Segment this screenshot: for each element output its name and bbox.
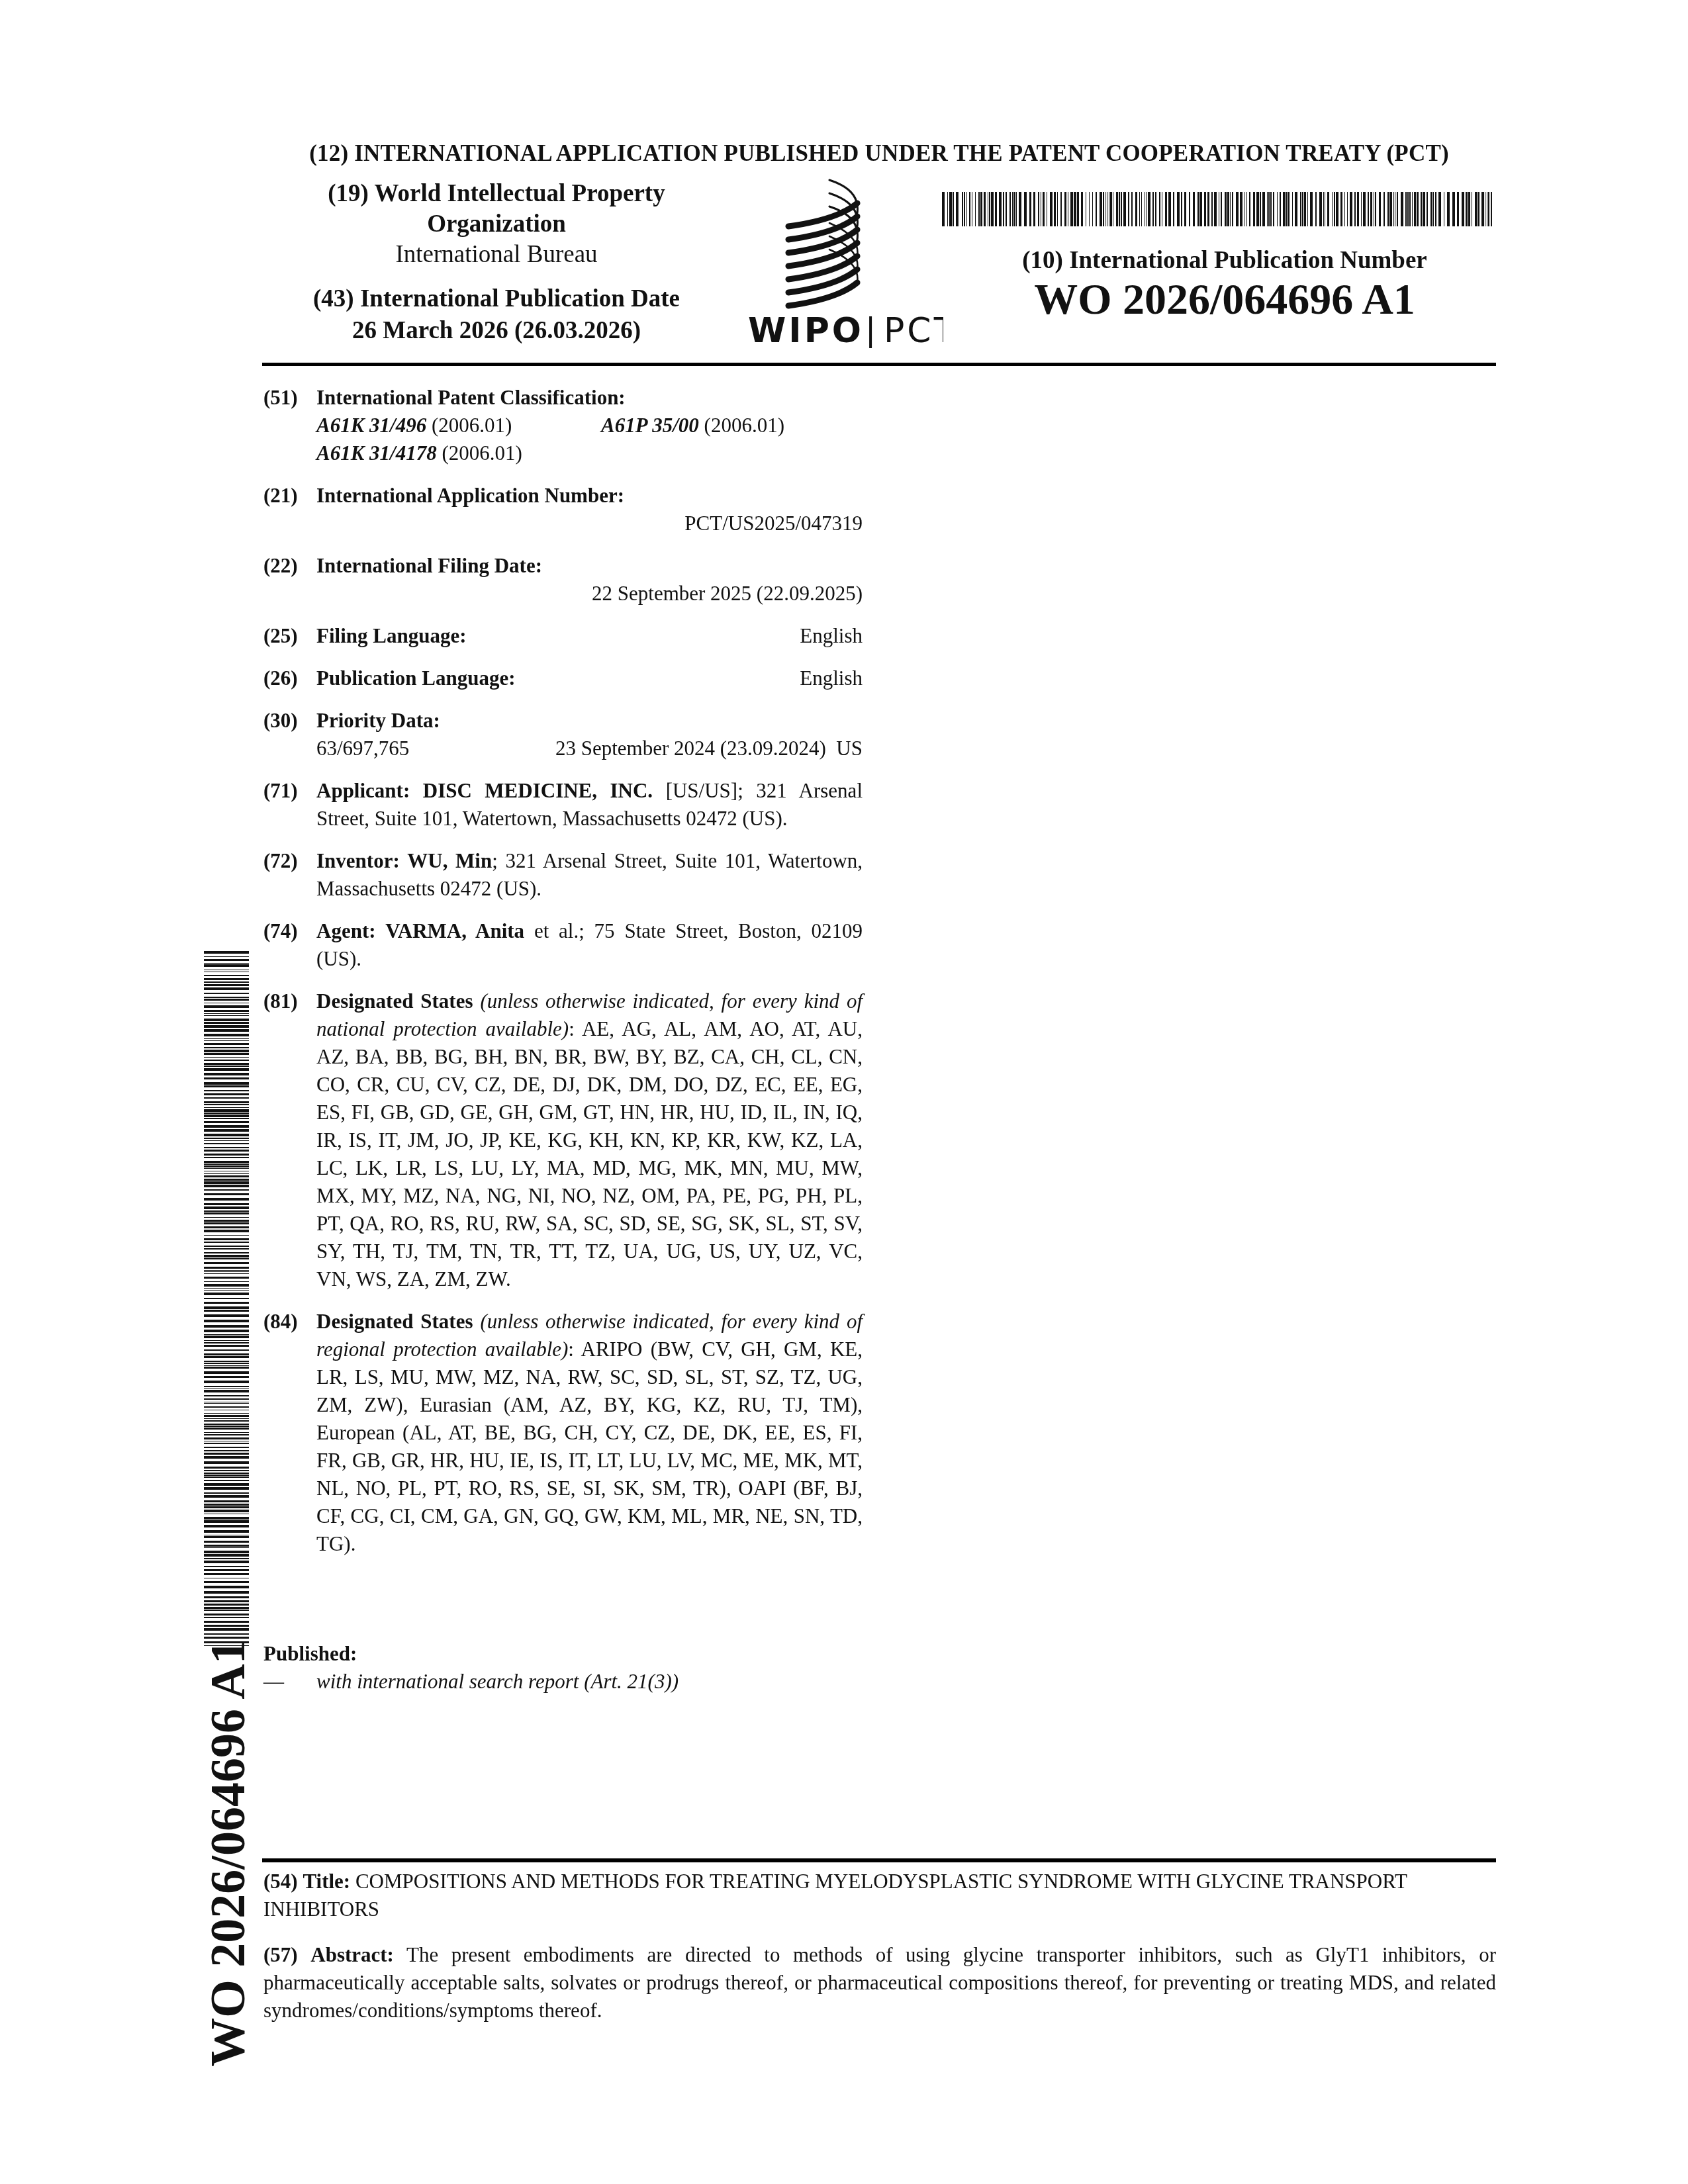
field-label: International Filing Date: xyxy=(316,552,863,580)
field-label: Filing Language: xyxy=(316,622,467,650)
org-name-line1: World Intellectual Property xyxy=(375,180,665,207)
field-number: (81) xyxy=(263,987,298,1015)
field-label: Designated States xyxy=(316,989,473,1013)
field-priority-data: (30) Priority Data: 63/697,765 23 Septem… xyxy=(263,707,863,762)
field-number: (21) xyxy=(263,482,298,510)
publication-number-label: (10) International Publication Number xyxy=(953,246,1496,275)
title-label: Title: xyxy=(303,1870,350,1893)
header-divider xyxy=(262,363,1496,366)
field-value: English xyxy=(800,622,863,650)
applicant-name: DISC MEDICINE, INC. xyxy=(423,779,653,802)
field-label: Agent: xyxy=(316,919,376,942)
organization-name: (19) World Intellectual Property xyxy=(291,179,702,209)
title-number: (54) xyxy=(263,1870,298,1893)
agent-name: VARMA, Anita xyxy=(385,919,524,942)
priority-country: US xyxy=(836,737,863,760)
wipo-logo-icon: WIPO | PCT xyxy=(725,173,943,349)
treaty-heading: (12) INTERNATIONAL APPLICATION PUBLISHED… xyxy=(262,140,1496,167)
field-number: (25) xyxy=(263,622,298,650)
barcode-horizontal-icon xyxy=(942,192,1495,226)
bibliographic-data: (51) International Patent Classification… xyxy=(263,384,863,1572)
field-filing-language: (25) Filing Language: English xyxy=(263,622,863,650)
abstract-block: (57) Abstract: The present embodiments a… xyxy=(263,1941,1496,2025)
field-number: (72) xyxy=(263,847,298,875)
published-label: Published: xyxy=(263,1640,863,1668)
title-divider xyxy=(262,1858,1496,1862)
ipc-entry: A61K 31/4178 (2006.01) xyxy=(316,439,863,467)
organization-block: (19) World Intellectual Property Organiz… xyxy=(291,179,702,270)
field-label: Priority Data: xyxy=(316,707,863,735)
field-label: Publication Language: xyxy=(316,664,516,692)
field-ipc: (51) International Patent Classification… xyxy=(263,384,863,467)
field-value: PCT/US2025/047319 xyxy=(316,510,863,537)
inventor-name: WU, Min xyxy=(407,849,492,872)
field-number: (74) xyxy=(263,917,298,945)
field-agent: (74) Agent: VARMA, Anita et al.; 75 Stat… xyxy=(263,917,863,973)
wipo-wordmark: WIPO xyxy=(748,311,864,349)
field-applicant: (71) Applicant: DISC MEDICINE, INC. [US/… xyxy=(263,777,863,833)
field-filing-date: (22) International Filing Date: 22 Septe… xyxy=(263,552,863,608)
field-label: Applicant: xyxy=(316,779,410,802)
publication-date-block: (43) International Publication Date 26 M… xyxy=(291,283,702,347)
field-number: (71) xyxy=(263,777,298,805)
vertical-number-text: WO 2026/064696 A1 xyxy=(201,1639,257,2066)
field-number: (26) xyxy=(263,664,298,692)
ipc-entry: A61K 31/496 (2006.01) xyxy=(316,412,601,439)
org-bureau: International Bureau xyxy=(291,240,702,270)
field-number: (51) xyxy=(263,384,298,412)
state-list: : AE, AG, AL, AM, AO, AT, AU, AZ, BA, BB… xyxy=(316,1017,863,1291)
abstract-text: The present embodiments are directed to … xyxy=(263,1943,1496,2022)
field-value: English xyxy=(800,664,863,692)
publication-number: WO 2026/064696 A1 xyxy=(953,275,1496,325)
publication-date-value: 26 March 2026 (26.03.2026) xyxy=(291,315,702,347)
priority-application: 63/697,765 xyxy=(316,735,409,762)
field-publication-language: (26) Publication Language: English xyxy=(263,664,863,692)
pct-wordmark: PCT xyxy=(884,311,943,349)
published-note: with international search report (Art. 2… xyxy=(316,1668,679,1696)
field-label: International Application Number: xyxy=(316,482,863,510)
logo-separator: | xyxy=(865,312,876,349)
field-designated-regional: (84) Designated States (unless otherwise… xyxy=(263,1308,863,1558)
field-number: (84) xyxy=(263,1308,298,1336)
field-number: (22) xyxy=(263,552,298,580)
field-inventor: (72) Inventor: WU, Min; 321 Arsenal Stre… xyxy=(263,847,863,903)
field-value: 22 September 2025 (22.09.2025) xyxy=(316,580,863,608)
published-section: Published: — with international search r… xyxy=(263,1640,863,1696)
field-designated-national: (81) Designated States (unless otherwise… xyxy=(263,987,863,1293)
barcode-vertical-icon xyxy=(204,951,249,1647)
priority-date: 23 September 2024 (23.09.2024) xyxy=(555,737,826,760)
vertical-publication-number: WO 2026/064696 A1 xyxy=(199,1655,258,2052)
field-label: Designated States xyxy=(316,1310,473,1333)
published-dash: — xyxy=(263,1668,316,1696)
field-label: International Patent Classification: xyxy=(316,384,863,412)
title-text: COMPOSITIONS AND METHODS FOR TREATING MY… xyxy=(263,1870,1407,1921)
org-name-line2: Organization xyxy=(291,209,702,240)
abstract-number: (57) xyxy=(263,1943,298,1966)
state-list: : ARIPO (BW, CV, GH, GM, KE, LR, LS, MU,… xyxy=(316,1338,863,1555)
org-code: (19) xyxy=(328,180,369,207)
publication-date-label: (43) International Publication Date xyxy=(291,283,702,315)
field-number: (30) xyxy=(263,707,298,735)
field-application-number: (21) International Application Number: P… xyxy=(263,482,863,537)
field-label: Inventor: xyxy=(316,849,400,872)
title-block: (54) Title: COMPOSITIONS AND METHODS FOR… xyxy=(263,1868,1496,1923)
ipc-entry: A61P 35/00 (2006.01) xyxy=(601,412,784,439)
abstract-label: Abstract: xyxy=(310,1943,394,1966)
